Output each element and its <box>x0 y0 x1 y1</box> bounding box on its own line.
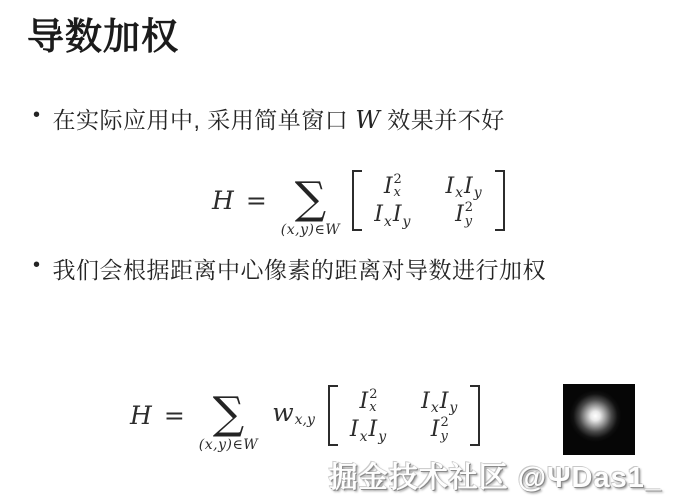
sigma-symbol: ∑ <box>295 179 326 219</box>
formula-structure-tensor: H = ∑ (x,y)∈W I2x IxIy IxIy I2y <box>212 163 505 238</box>
matrix-cell-IxIy: IxIy <box>445 174 482 199</box>
matrix-cell-Ix2: I2x <box>384 173 402 200</box>
formula2-matrix-group: I2x IxIy IxIy I2y <box>328 385 480 447</box>
formula1-matrix: I2x IxIy IxIy I2y <box>362 170 494 232</box>
formula2-matrix: I2x IxIy IxIy I2y <box>338 385 470 447</box>
bullet-text-2: 我们会根据距离中心像素的距离对导数进行加权 <box>53 252 547 285</box>
formula-weighted-structure-tensor: H = ∑ (x,y)∈W w x,y I2x IxIy IxIy I2y <box>130 378 480 453</box>
formula1-matrix-group: I2x IxIy IxIy I2y <box>352 170 504 232</box>
weight-subscript: x,y <box>295 412 315 428</box>
bullet-2-text: 我们会根据距离中心像素的距离对导数进行加权 <box>53 257 547 283</box>
gaussian-kernel-image <box>563 384 635 455</box>
matrix-cell-IxIy: IxIy <box>350 417 387 442</box>
bullet-marker: • <box>33 254 41 277</box>
formula2-lhs: H <box>130 401 152 430</box>
bullet-item-1: • 在实际应用中, 采用简单窗口 W 效果并不好 <box>33 102 505 135</box>
math-var-W: W <box>355 106 380 134</box>
matrix-cell-IxIy: IxIy <box>374 202 411 227</box>
sigma-symbol: ∑ <box>213 394 244 434</box>
summation-subscript: (x,y)∈W <box>281 222 340 238</box>
formula1-summation: ∑ (x,y)∈W <box>281 179 340 238</box>
page-title: 导数加权 <box>27 6 179 60</box>
watermark: 掘金技术社区 @ΨDas1_ <box>329 455 662 496</box>
formula2-summation: ∑ (x,y)∈W <box>199 394 258 453</box>
slide: 导数加权 • 在实际应用中, 采用简单窗口 W 效果并不好 H = ∑ (x,y… <box>0 0 674 498</box>
left-bracket <box>352 170 362 232</box>
bullet-marker: • <box>33 104 41 127</box>
matrix-cell-Ix2: I2x <box>360 388 378 415</box>
weight-base: w <box>272 398 293 427</box>
right-bracket <box>495 170 505 232</box>
matrix-cell-IxIy: IxIy <box>421 389 458 414</box>
weight-term: w x,y <box>272 398 316 427</box>
bullet-text-1: 在实际应用中, 采用简单窗口 W 效果并不好 <box>53 102 505 135</box>
left-bracket <box>328 385 338 447</box>
formula1-lhs: H <box>212 186 234 215</box>
formula2-equals: = <box>164 401 185 430</box>
right-bracket <box>470 385 480 447</box>
matrix-cell-Iy2: I2y <box>431 416 449 443</box>
matrix-cell-Iy2: I2y <box>455 201 473 228</box>
formula1-equals: = <box>246 186 267 215</box>
summation-subscript: (x,y)∈W <box>199 437 258 453</box>
bullet-item-2: • 我们会根据距离中心像素的距离对导数进行加权 <box>33 252 546 285</box>
bullet-1-pre: 在实际应用中, 采用简单窗口 <box>53 107 356 133</box>
bullet-1-post: 效果并不好 <box>380 107 504 133</box>
